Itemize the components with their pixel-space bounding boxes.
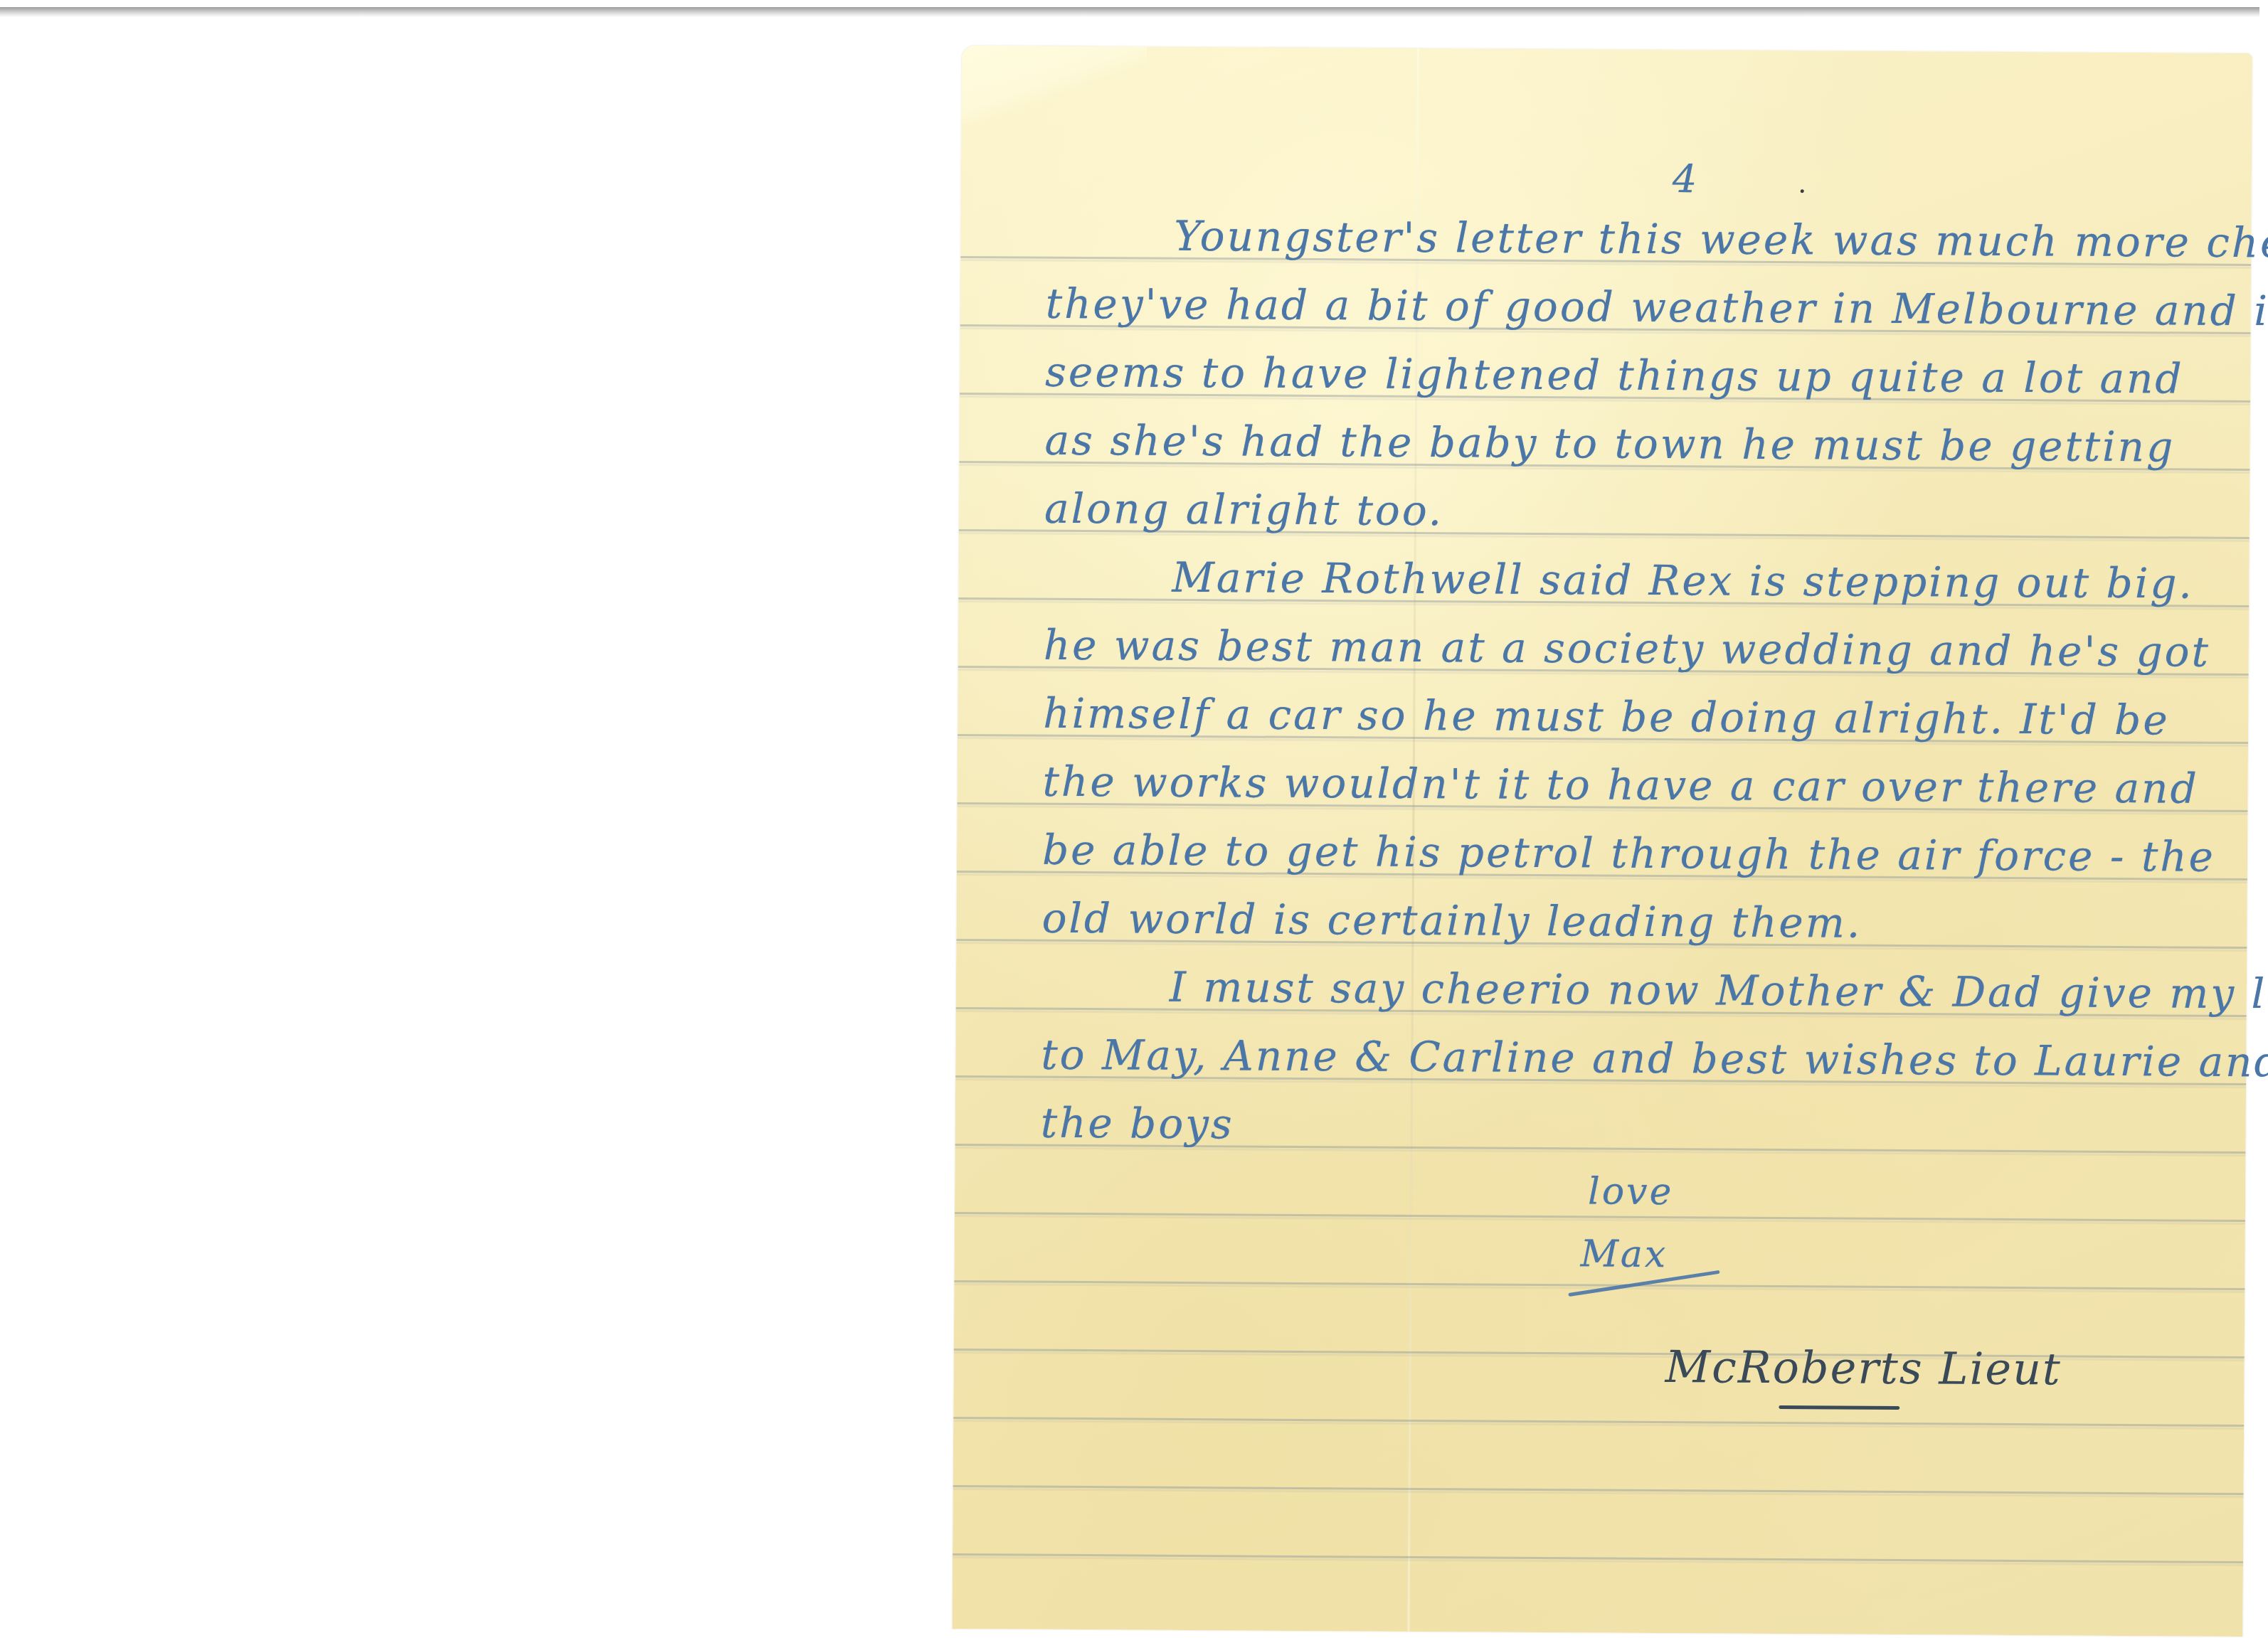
letter-line-9: the works wouldn't it to have a car over… — [1042, 757, 2198, 813]
letter-line-5: along alright too. — [1044, 484, 1444, 535]
letter-page: 4 Youngster's letter this week was much … — [952, 46, 2252, 1637]
ruled-line — [953, 1553, 2243, 1563]
scanner-shadow-bar — [0, 7, 2259, 17]
signature-underline — [1779, 1405, 1899, 1410]
letter-line-8: himself a car so he must be doing alrigh… — [1043, 689, 2170, 745]
letter-line-1: Youngster's letter this week was much mo… — [1174, 212, 2268, 267]
letter-line-3: seems to have lightened things up quite … — [1045, 348, 2184, 403]
letter-line-14: the boys — [1041, 1099, 1234, 1149]
letter-line-6: Marie Rothwell said Rex is stepping out … — [1172, 553, 2194, 608]
letter-line-4: as she's had the baby to town he must be… — [1044, 416, 2175, 472]
ruled-line — [953, 1485, 2244, 1495]
corner-crease — [961, 46, 1147, 125]
signature: McRoberts Lieut — [1665, 1341, 2062, 1395]
ruled-line — [955, 1212, 2245, 1222]
ruled-line — [953, 1417, 2244, 1427]
ink-speck — [1801, 189, 1804, 193]
letter-line-10: be able to get his petrol through the ai… — [1042, 826, 2215, 881]
valediction: love — [1588, 1170, 1673, 1213]
letter-line-13: to May, Anne & Carline and best wishes t… — [1041, 1031, 2268, 1087]
letter-line-2: they've had a bit of good weather in Mel… — [1046, 280, 2268, 336]
letter-line-11: old world is certainly leading them. — [1042, 894, 1862, 947]
page-number: 4 — [1673, 156, 1700, 201]
letter-line-12: I must say cheerio now Mother & Dad give… — [1170, 963, 2268, 1019]
sender-name: Max — [1580, 1233, 1668, 1276]
letter-line-7: he was best man at a society wedding and… — [1044, 621, 2211, 676]
